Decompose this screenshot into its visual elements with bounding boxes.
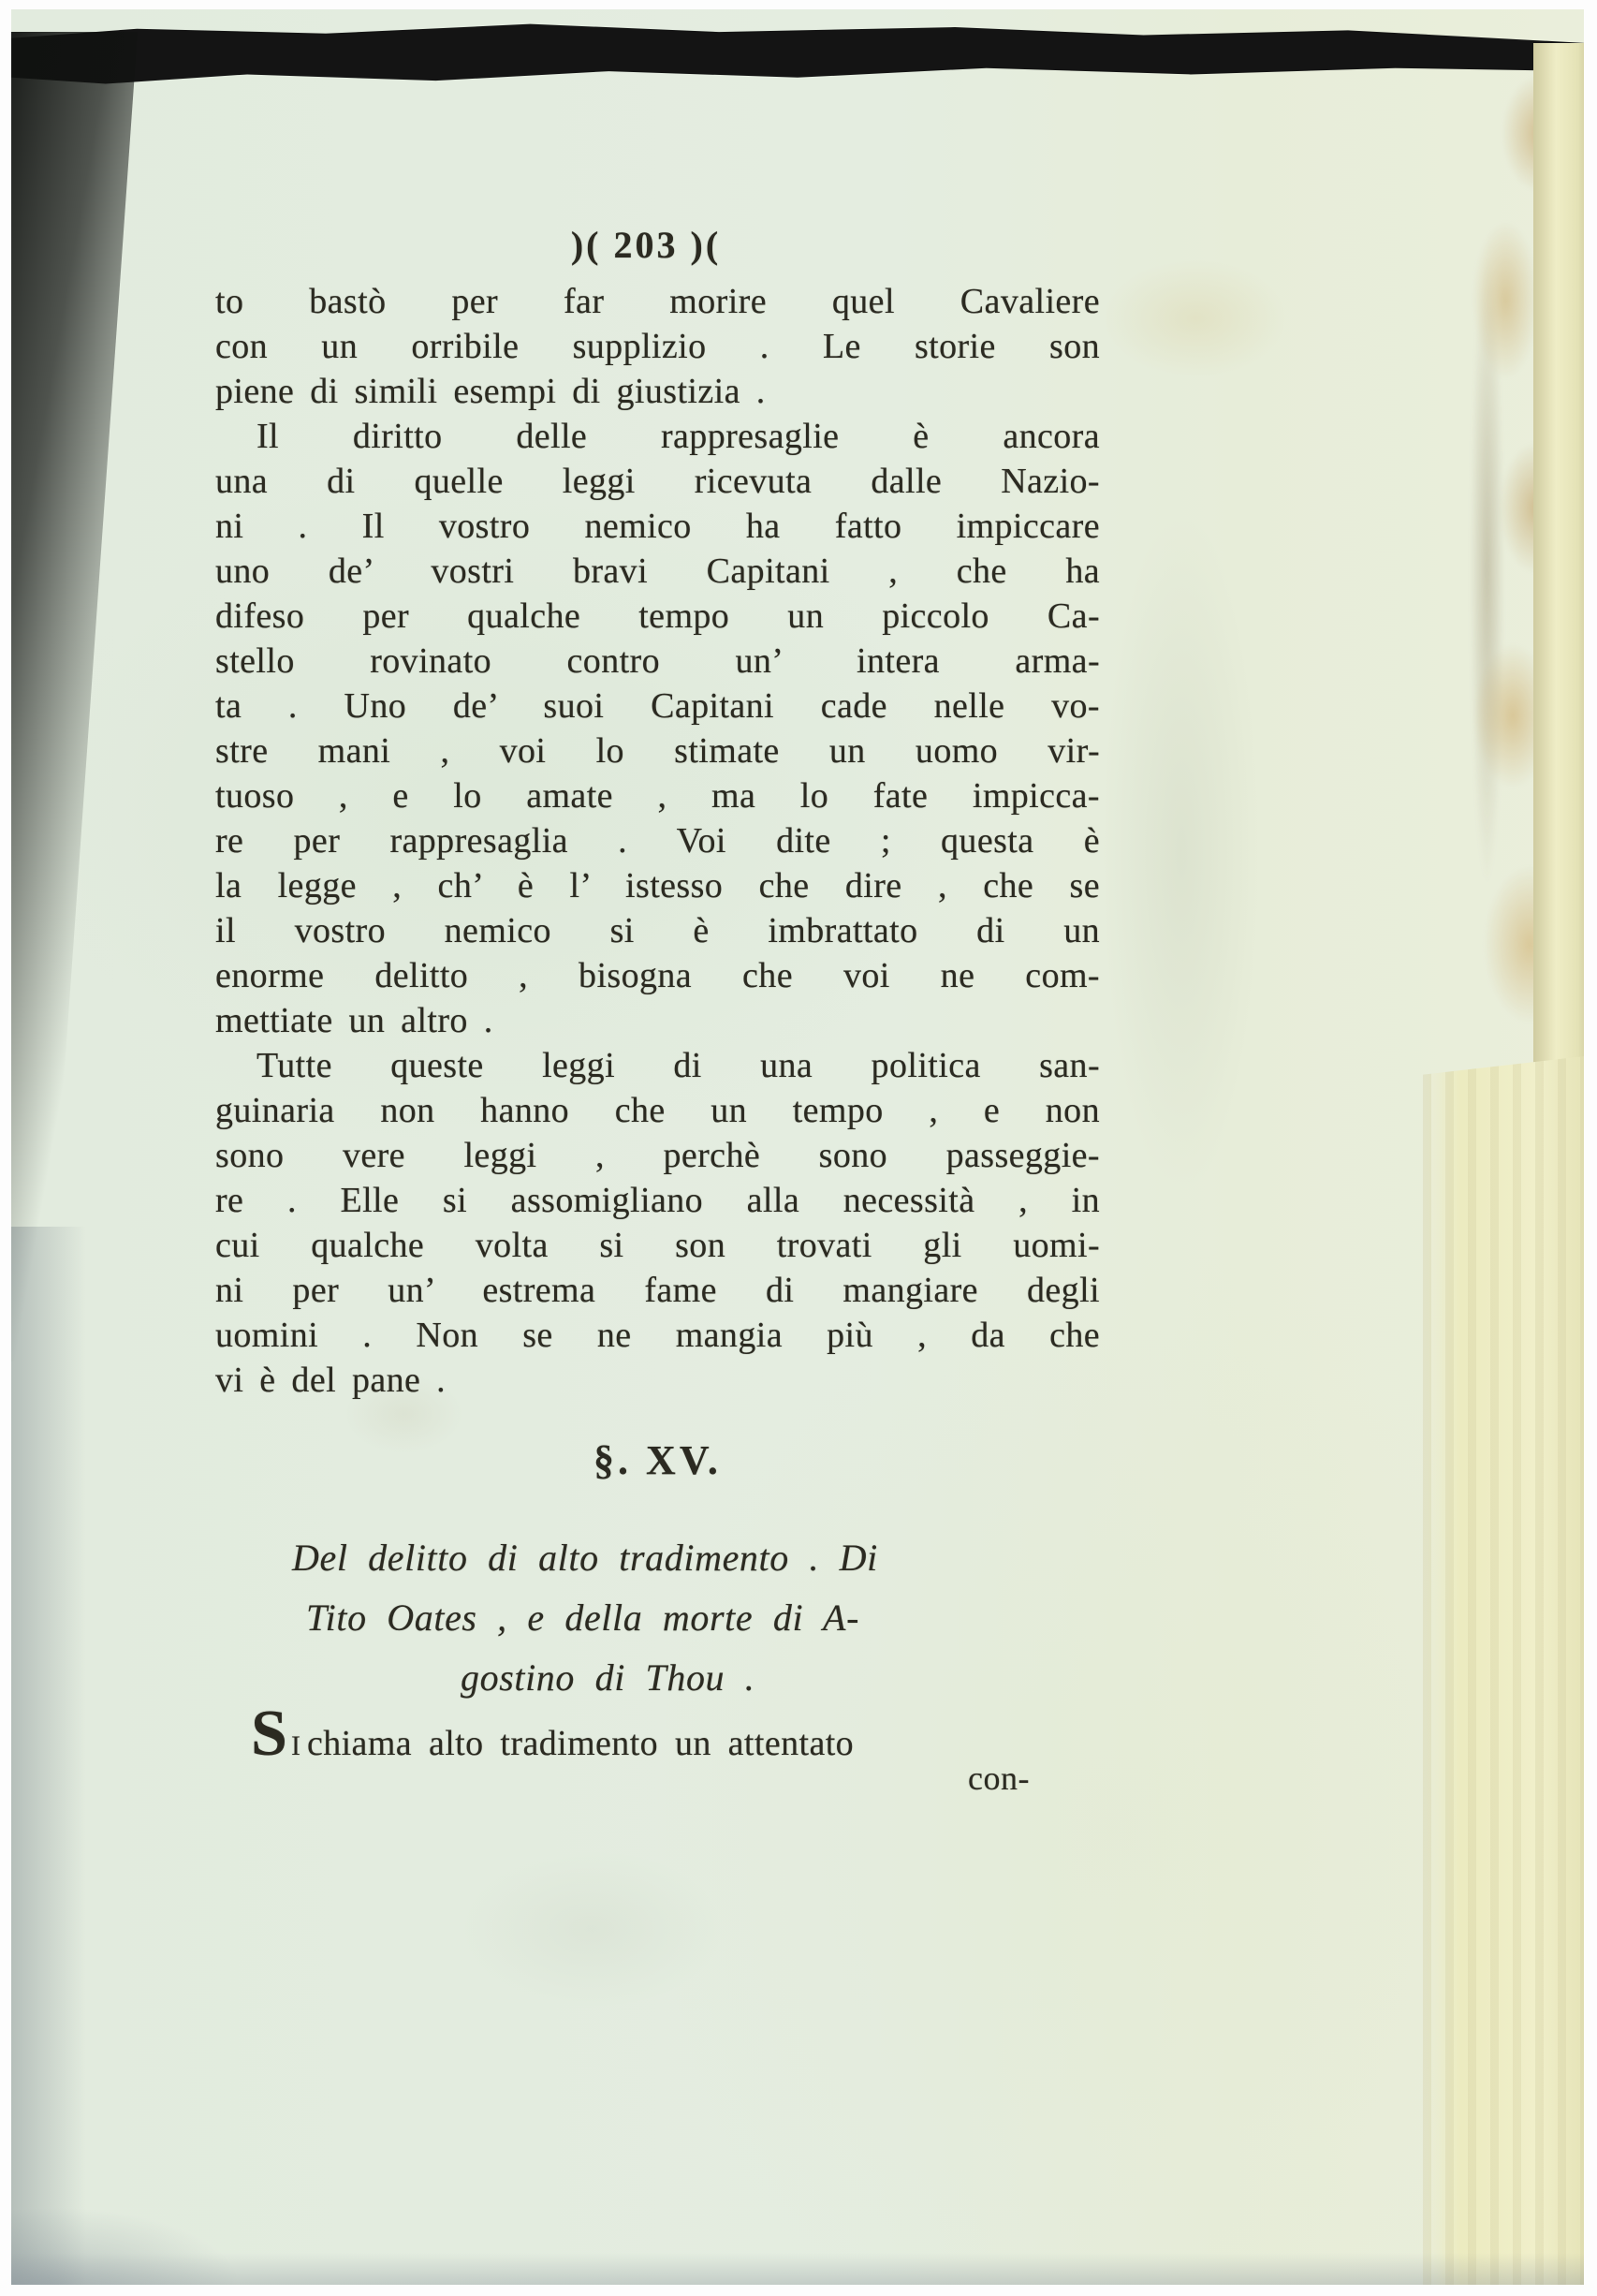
- adjacent-page-edge-lower: [1423, 1056, 1584, 2285]
- section-heading: §. XV.: [215, 1436, 1100, 1484]
- body-text-line: ni . Il vostro nemico ha fatto impiccare: [215, 504, 1100, 549]
- body-text-line: sono vere leggi , perchè sono passeggie-: [215, 1133, 1100, 1178]
- body-text-line: Il diritto delle rappresaglie è ancora: [215, 414, 1100, 459]
- opening-sentence: S I chiama alto tradimento un attentato: [251, 1706, 1112, 1764]
- body-text-line: stre mani , voi lo stimate un uomo vir-: [215, 729, 1100, 773]
- page-left-dark-edge: [11, 32, 138, 1361]
- body-text-line: la legge , ch’ è l’ istesso che dire , c…: [215, 863, 1100, 908]
- book-scan-screenshot: { "page": { "header": ")( 203 )(", "body…: [0, 0, 1597, 2296]
- body-text-line: piene di simili esempi di giustizia .: [215, 369, 1100, 414]
- body-text-line: re per rappresaglia . Voi dite ; questa …: [215, 818, 1100, 863]
- body-text-line: enorme delitto , bisogna che voi ne com-: [215, 953, 1100, 998]
- scanned-page: )( 203 )( to bastò per far morire quel C…: [11, 9, 1584, 2285]
- body-text-line: il vostro nemico si è imbrattato di un: [215, 908, 1100, 953]
- drop-cap: S: [251, 1706, 287, 1762]
- scan-top-black-band: [11, 22, 1584, 101]
- body-text-line: stello rovinato contro un’ intera arma-: [215, 639, 1100, 684]
- body-text-line: Tutte queste leggi di una politica san-: [215, 1043, 1100, 1088]
- small-cap-letter: I: [291, 1730, 301, 1762]
- body-text-line: tuoso , e lo amate , ma lo fate impicca-: [215, 773, 1100, 818]
- body-text-line: re . Elle si assomigliano alla necessità…: [215, 1178, 1100, 1223]
- page-left-lower-shadow: [11, 1227, 86, 2285]
- body-text-line: una di quelle leggi ricevuta dalle Nazio…: [215, 459, 1100, 504]
- subtitle-line: Tito Oates , e della morte di A-: [306, 1588, 1100, 1648]
- body-text-line: guinaria non hanno che un tempo , e non: [215, 1088, 1100, 1133]
- opening-sentence-text: chiama alto tradimento un attentato: [307, 1723, 854, 1764]
- body-text-line: ta . Uno de’ suoi Capitani cade nelle vo…: [215, 684, 1100, 729]
- body-text-line: con un orribile supplizio . Le storie so…: [215, 324, 1100, 369]
- body-text-line: vi è del pane .: [215, 1358, 1100, 1403]
- section-subtitle: Del delitto di alto tradimento . DiTito …: [215, 1528, 1100, 1708]
- subtitle-line: gostino di Thou .: [461, 1648, 1100, 1708]
- body-text-line: to bastò per far morire quel Cavaliere: [215, 279, 1100, 324]
- body-text-line: ni per un’ estrema fame di mangiare degl…: [215, 1268, 1100, 1313]
- body-text: to bastò per far morire quel Cavaliereco…: [215, 279, 1100, 1403]
- catchword: con-: [968, 1759, 1030, 1798]
- bottom-scan-shadow: [11, 2253, 1584, 2285]
- body-text-line: cui qualche volta si son trovati gli uom…: [215, 1223, 1100, 1268]
- body-text-line: mettiate un altro .: [215, 998, 1100, 1043]
- body-text-line: uomini . Non se ne mangia più , da che: [215, 1313, 1100, 1358]
- page-number-header: )( 203 )(: [459, 223, 833, 267]
- body-text-line: difeso per qualche tempo un piccolo Ca-: [215, 594, 1100, 639]
- subtitle-line: Del delitto di alto tradimento . Di: [292, 1528, 1100, 1588]
- body-text-line: uno de’ vostri bravi Capitani , che ha: [215, 549, 1100, 594]
